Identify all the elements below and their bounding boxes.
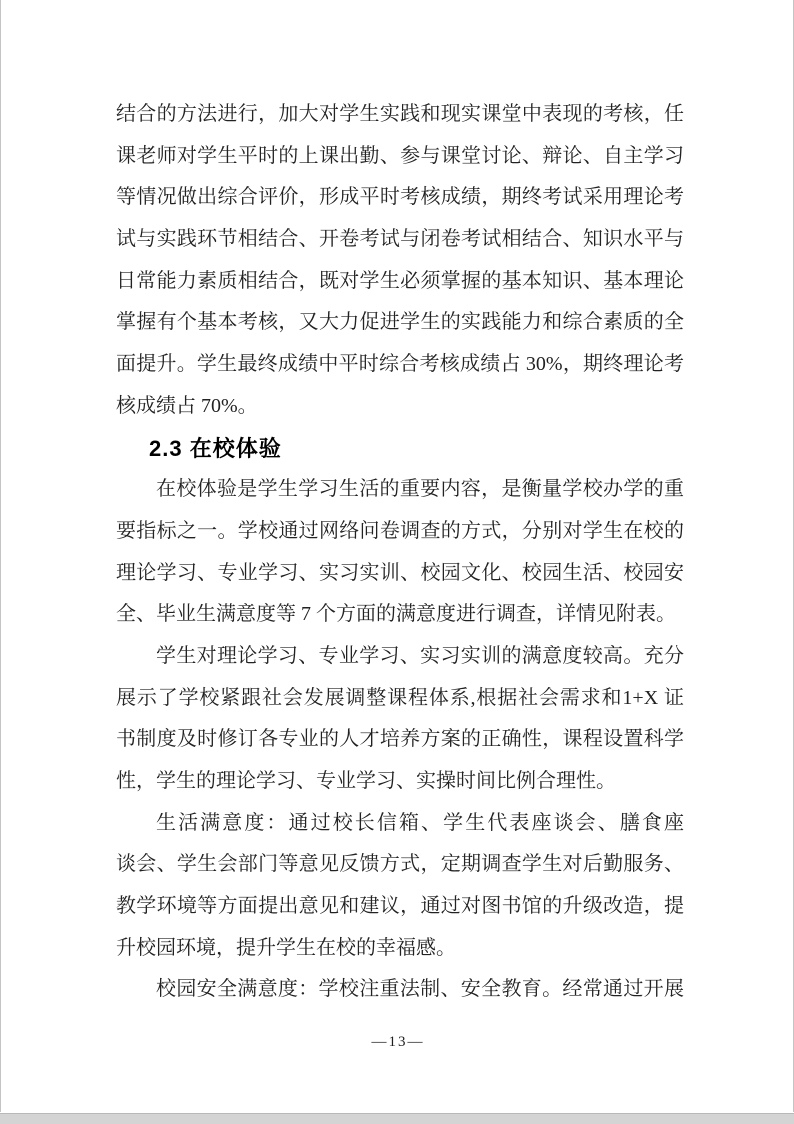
- text-line: 展示了学校紧跟社会发展调整课程体系,根据社会需求和1+X 证: [116, 678, 684, 720]
- text-line: 教学环境等方面提出意见和建议，通过对图书馆的升级改造，提: [116, 886, 684, 928]
- text-line: 书制度及时修订各专业的人才培养方案的正确性，课程设置科学: [116, 719, 684, 761]
- text-line: 生活满意度：通过校长信箱、学生代表座谈会、膳食座: [116, 803, 684, 845]
- page-number: —13—: [372, 1034, 425, 1050]
- page-footer: —13—: [1, 1030, 794, 1054]
- document-body: 结合的方法进行，加大对学生实践和现实课堂中表现的考核，任课老师对学生平时的上课出…: [116, 94, 684, 1011]
- text-line: 谈会、学生会部门等意见反馈方式，定期调查学生对后勤服务、: [116, 844, 684, 886]
- text-line: 学生对理论学习、专业学习、实习实训的满意度较高。充分: [116, 636, 684, 678]
- text-line: 试与实践环节相结合、开卷考试与闭卷考试相结合、知识水平与: [116, 219, 684, 261]
- section-heading: 2.3 在校体验: [116, 428, 684, 470]
- text-line: 等情况做出综合评价，形成平时考核成绩，期终考试采用理论考: [116, 177, 684, 219]
- text-line: 要指标之一。学校通过网络问卷调查的方式，分别对学生在校的: [116, 511, 684, 553]
- text-line: 性，学生的理论学习、专业学习、实操时间比例合理性。: [116, 761, 684, 803]
- text-line: 结合的方法进行，加大对学生实践和现实课堂中表现的考核，任: [116, 94, 684, 136]
- text-line: 掌握有个基本考核，又大力促进学生的实践能力和综合素质的全: [116, 302, 684, 344]
- text-line: 全、毕业生满意度等 7 个方面的满意度进行调查，详情见附表。: [116, 594, 684, 636]
- text-line: 课老师对学生平时的上课出勤、参与课堂讨论、辩论、自主学习: [116, 136, 684, 178]
- text-line: 在校体验是学生学习生活的重要内容，是衡量学校办学的重: [116, 469, 684, 511]
- text-line: 核成绩占 70%。: [116, 386, 684, 428]
- page-bottom-edge: [0, 1113, 794, 1124]
- text-line: 校园安全满意度：学校注重法制、安全教育。经常通过开展: [116, 969, 684, 1011]
- text-line: 理论学习、专业学习、实习实训、校园文化、校园生活、校园安: [116, 553, 684, 595]
- text-line: 日常能力素质相结合，既对学生必须掌握的基本知识、基本理论: [116, 261, 684, 303]
- text-line: 升校园环境，提升学生在校的幸福感。: [116, 928, 684, 970]
- page-sheet: 结合的方法进行，加大对学生实践和现实课堂中表现的考核，任课老师对学生平时的上课出…: [0, 0, 794, 1112]
- text-line: 面提升。学生最终成绩中平时综合考核成绩占 30%，期终理论考: [116, 344, 684, 386]
- document-page: 结合的方法进行，加大对学生实践和现实课堂中表现的考核，任课老师对学生平时的上课出…: [0, 0, 794, 1124]
